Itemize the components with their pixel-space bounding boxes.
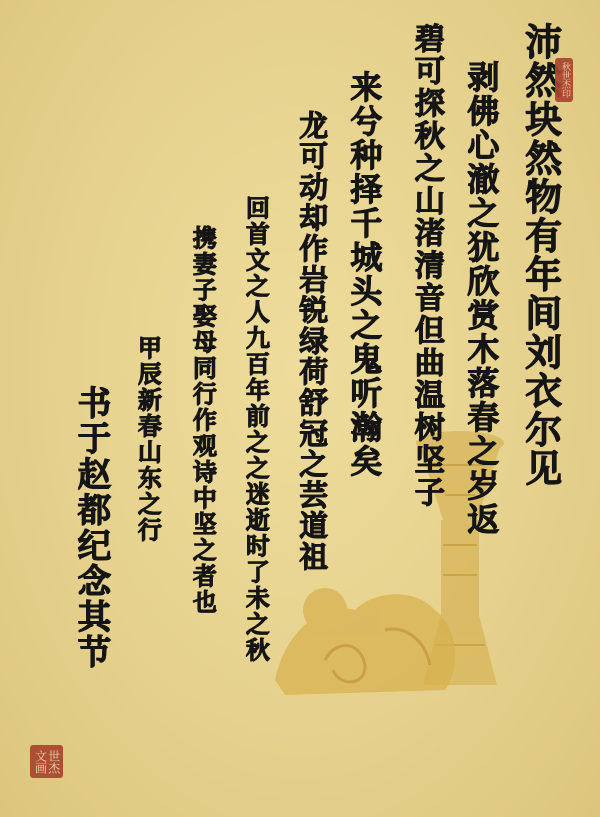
calligraphy-scroll: 沛然块然物有年间刘衣尔见剥佛心澈之犹欣赏木落春之岁返碧可探秋之山渚清音但曲温树坚…: [0, 0, 600, 817]
red-seal-stamp: 秋世杰印: [555, 58, 573, 102]
calligraphy-column: 剥佛心澈之犹欣赏木落春之岁返: [465, 60, 497, 787]
calligraphy-column: 书于赵都纪念其节: [74, 385, 108, 787]
calligraphy-column: 碧可探秋之山渚清音但曲温树坚子: [411, 22, 441, 787]
calligraphy-column: 携妻子娶母同行作观诗中坚之者也: [190, 225, 214, 787]
red-seal-stamp: 世杰文画: [30, 745, 63, 778]
calligraphy-column: 来兮种择千城头之鬼听瀚矣: [348, 70, 380, 787]
calligraphy-column: 龙可动却作岩锐绿荷舒冠之芸道祖: [297, 110, 326, 787]
calligraphy-column: 回首文之人九百年前之之迷逝时了未之秋: [243, 195, 267, 787]
calligraphy-column: 沛然块然物有年间刘衣尔见: [522, 22, 559, 787]
calligraphy-column: 甲辰新春山东之行: [135, 335, 159, 787]
